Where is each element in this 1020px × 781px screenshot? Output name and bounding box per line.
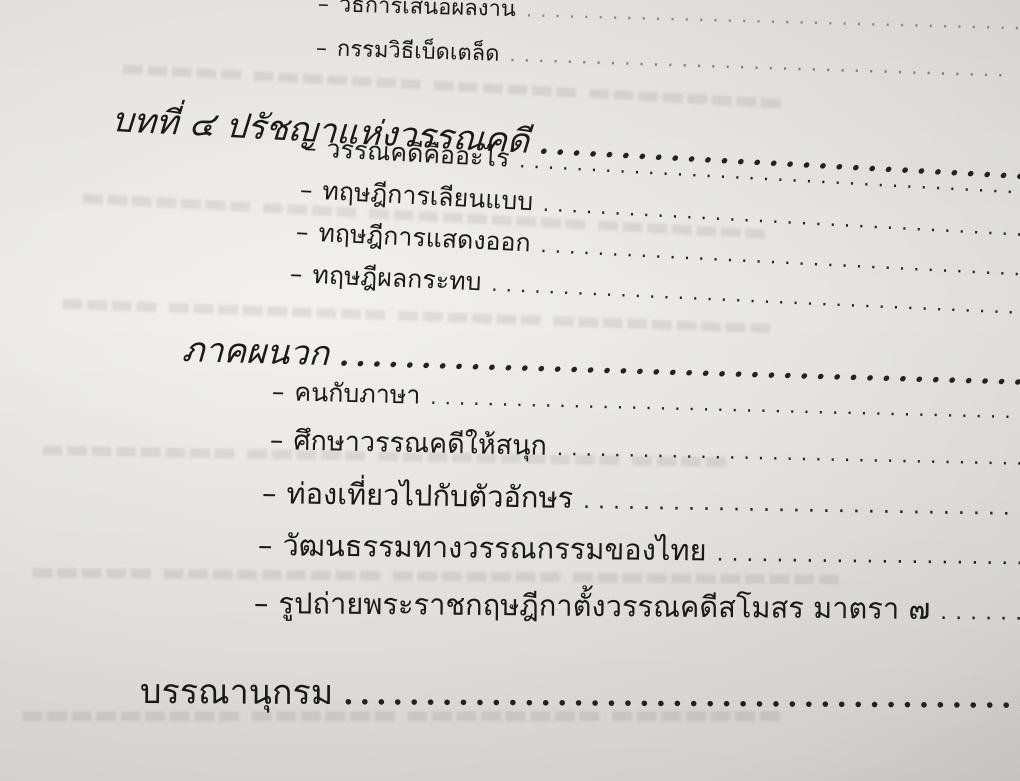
toc-entry-label: ท่องเที่ยวไปกับตัวอักษร (286, 470, 573, 520)
toc-entry-label: ศึกษาวรรณคดีให้สนุก (293, 418, 547, 466)
toc-section-label: ภาคผนวก (181, 322, 330, 380)
bullet-dash: – (272, 377, 285, 406)
bullet-dash: – (262, 476, 277, 510)
bullet-dash: – (258, 528, 273, 562)
bullet-dash: – (316, 36, 328, 61)
bullet-dash: – (303, 133, 317, 163)
toc-section-heading[interactable]: บรรณานุกรม .............................… (140, 664, 1020, 723)
toc-entry-label: คนกับภาษา (294, 373, 421, 416)
dot-leader: ........................................… (430, 385, 1020, 424)
dot-leader: ........................................… (509, 42, 1010, 82)
toc-entry[interactable]: – รูปถ่ายพระราชกฤษฎีกาตั้งวรรณคดีสโมสร ม… (254, 580, 1020, 634)
bullet-dash: – (270, 425, 284, 456)
bullet-dash: – (318, 0, 330, 17)
toc-entry-label: วัฒนธรรมทางวรรณกรรมของไทย (282, 522, 707, 573)
toc-entry-label: ทฤษฎีผลกระทบ (312, 255, 483, 302)
toc-entry-label: วิธีการเสนอผลงาน (339, 0, 517, 26)
toc-entry-label: รูปถ่ายพระราชกฤษฎีกาตั้งวรรณคดีสโมสร มาต… (278, 580, 930, 632)
bullet-dash: – (254, 586, 269, 620)
dot-leader: ........................................… (940, 600, 1020, 627)
dot-leader: ........................................… (526, 0, 1020, 35)
dot-leader: ........................................… (557, 436, 1020, 471)
toc-section-label: บรรณานุกรม (140, 664, 334, 719)
bullet-dash: – (289, 259, 303, 289)
toc-entry[interactable]: – วัฒนธรรมทางวรรณกรรมของไทย ............… (258, 522, 1020, 578)
dot-leader: ........................................… (716, 542, 1020, 572)
toc-entry[interactable]: – ท่องเที่ยวไปกับตัวอักษร ..............… (262, 470, 1020, 529)
toc-entry-label: วรรณคดีคืออะไร (325, 129, 510, 179)
toc-entry-label: กรรมวิธีเบ็ดเตล็ด (336, 31, 500, 71)
bullet-dash: – (299, 175, 313, 205)
toc-entry[interactable]: – กรรมวิธีเบ็ดเตล็ด ....................… (315, 30, 1009, 87)
dot-leader: ........................................… (343, 677, 1020, 716)
bullet-dash: – (295, 217, 309, 247)
dot-leader: ........................................… (583, 489, 1020, 522)
book-page: ▬▬▬▬▬ ▬▬▬▬▬▬▬ ▬▬▬▬▬▬ ▬▬▬▬▬▬▬▬ ▬▬▬▬▬▬▬ ▬▬… (0, 0, 1020, 781)
